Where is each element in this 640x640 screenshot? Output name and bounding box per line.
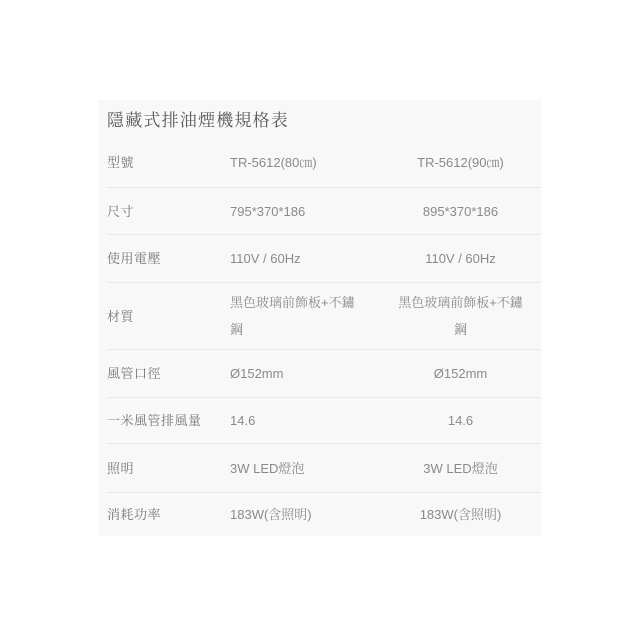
spec-value-text: 110V / 60Hz <box>230 245 362 272</box>
spec-value-90cm: TR-5612(90㎝) <box>380 149 541 176</box>
spec-value-80cm: TR-5612(80㎝) <box>230 149 380 176</box>
spec-value-80cm: 3W LED燈泡 <box>230 455 380 482</box>
spec-value-text: Ø152mm <box>230 360 362 387</box>
spec-value-text: 黑色玻璃前飾板+不鏽鋼 <box>395 289 527 343</box>
spec-label: 型號 <box>107 149 230 176</box>
spec-label: 消耗功率 <box>107 501 230 528</box>
spec-value-90cm: 183W(含照明) <box>380 501 541 528</box>
spec-value-80cm: 14.6 <box>230 407 380 434</box>
spec-value-80cm: 黑色玻璃前飾板+不鏽鋼 <box>230 289 380 343</box>
spec-value-text: 110V / 60Hz <box>395 245 527 272</box>
spec-value-text: 795*370*186 <box>230 198 362 225</box>
spec-value-text: 895*370*186 <box>395 198 527 225</box>
spec-label: 風管口徑 <box>107 360 230 387</box>
spec-value-text: 3W LED燈泡 <box>230 455 362 482</box>
spec-label: 一米風管排風量 <box>107 407 230 434</box>
spec-label: 尺寸 <box>107 198 230 225</box>
spec-value-80cm: 795*370*186 <box>230 198 380 225</box>
spec-value-90cm: 110V / 60Hz <box>380 245 541 272</box>
spec-value-text: 14.6 <box>395 407 527 434</box>
spec-row-duct-diameter: 風管口徑 Ø152mm Ø152mm <box>107 350 541 398</box>
spec-value-text: 183W(含照明) <box>230 501 362 528</box>
spec-row-power-consumption: 消耗功率 183W(含照明) 183W(含照明) <box>107 493 541 536</box>
spec-value-90cm: 黑色玻璃前飾板+不鏽鋼 <box>380 289 541 343</box>
spec-row-lighting: 照明 3W LED燈泡 3W LED燈泡 <box>107 444 541 493</box>
spec-value-text: TR-5612(90㎝) <box>395 149 527 176</box>
spec-value-90cm: 3W LED燈泡 <box>380 455 541 482</box>
spec-value-90cm: 895*370*186 <box>380 198 541 225</box>
spec-value-80cm: Ø152mm <box>230 360 380 387</box>
spec-card: 隱藏式排油煙機規格表 型號 TR-5612(80㎝) TR-5612(90㎝) … <box>98 100 541 536</box>
spec-value-text: TR-5612(80㎝) <box>230 149 362 176</box>
spec-value-text: Ø152mm <box>395 360 527 387</box>
spec-row-dimensions: 尺寸 795*370*186 895*370*186 <box>107 188 541 235</box>
spec-card-inner: 隱藏式排油煙機規格表 型號 TR-5612(80㎝) TR-5612(90㎝) … <box>107 100 541 536</box>
page-title: 隱藏式排油煙機規格表 <box>107 106 289 131</box>
spec-label: 材質 <box>107 303 230 330</box>
title-block: 隱藏式排油煙機規格表 <box>107 100 541 137</box>
spec-label: 使用電壓 <box>107 245 230 272</box>
spec-label: 照明 <box>107 455 230 482</box>
spec-value-90cm: 14.6 <box>380 407 541 434</box>
spec-value-80cm: 110V / 60Hz <box>230 245 380 272</box>
spec-value-text: 183W(含照明) <box>395 501 527 528</box>
spec-value-text: 黑色玻璃前飾板+不鏽鋼 <box>230 289 362 343</box>
spec-row-airflow: 一米風管排風量 14.6 14.6 <box>107 398 541 444</box>
spec-value-text: 3W LED燈泡 <box>395 455 527 482</box>
spec-value-90cm: Ø152mm <box>380 360 541 387</box>
spec-value-text: 14.6 <box>230 407 362 434</box>
spec-value-80cm: 183W(含照明) <box>230 501 380 528</box>
spec-row-voltage: 使用電壓 110V / 60Hz 110V / 60Hz <box>107 235 541 283</box>
spec-row-model: 型號 TR-5612(80㎝) TR-5612(90㎝) <box>107 137 541 188</box>
spec-row-material: 材質 黑色玻璃前飾板+不鏽鋼 黑色玻璃前飾板+不鏽鋼 <box>107 283 541 350</box>
